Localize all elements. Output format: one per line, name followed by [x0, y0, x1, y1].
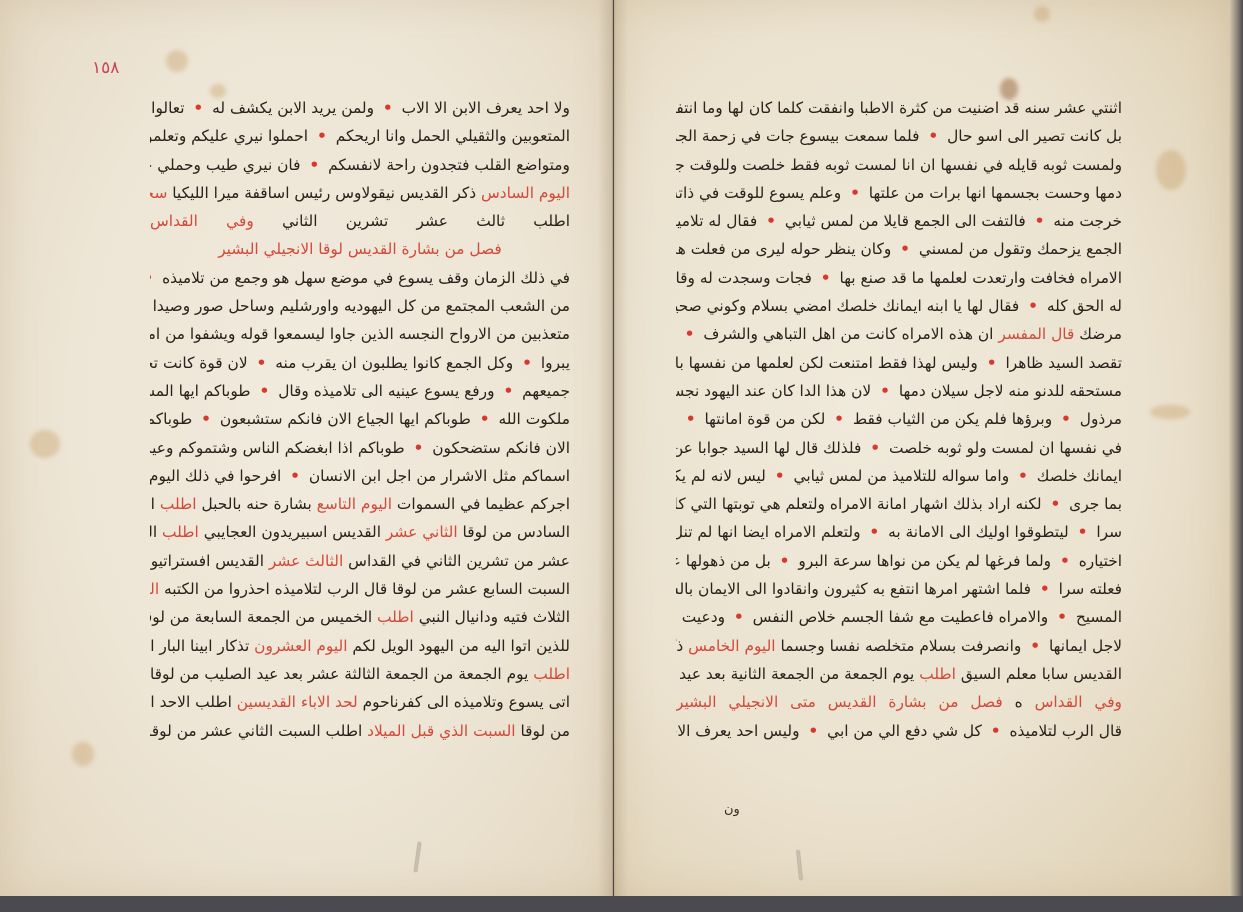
red-punctuation-dot: •: [189, 99, 207, 117]
body-text: وكان ينظر حوله ليرى من فعلت هذا: [676, 240, 896, 258]
body-text: ومتواضع القلب فتجدون راحة لانفسكم: [323, 156, 570, 174]
manuscript-line: اثنتي عشر سنه قد اضنيت من كثرة الاطبا وا…: [676, 94, 1122, 122]
body-text: السادس من لوقا: [458, 523, 570, 541]
body-text: مستحقه للدنو منه لاجل سيلان دمها: [894, 382, 1122, 400]
body-text: اتى يسوع وتلاميذه الى كفرناحوم: [358, 693, 570, 711]
body-text: اطلب السبت الثاني عشر من لوقا: [150, 722, 362, 740]
body-text: افرحوا في ذلك اليوم وتهللوا فان هوذا يكو…: [150, 467, 286, 485]
body-text: فالتفت الى الجمع قايلا من لمس ثيابي: [780, 212, 1031, 230]
manuscript-line: ومتواضع القلب فتجدون راحة لانفسكم • فان …: [150, 151, 570, 179]
body-text: الان فانكم ستضحكون: [427, 439, 570, 457]
body-text: اطلب ثالث عشر تشرين الثاني: [254, 212, 570, 230]
body-text: فقال له تلاميذه تنظر: [676, 212, 762, 230]
body-text: فقال لها يا ابنه ايمانك خلصك امضي بسلام …: [676, 297, 1024, 315]
red-punctuation-dot: •: [1031, 212, 1049, 230]
folio-number: ١٥٨: [92, 58, 119, 78]
red-punctuation-dot: •: [804, 722, 822, 740]
rubric-text: اطلب: [914, 665, 956, 683]
manuscript-line: سرا • ليتطوقوا اوليك الى الامانة به • ول…: [676, 518, 1122, 546]
body-text: فجات وسجدت له وقالت: [676, 269, 817, 287]
manuscript-line: للذين اتوا اليه من اليهود الويل لكم اليو…: [150, 632, 570, 660]
body-text: ودعيت من السيد ابنه: [676, 608, 730, 626]
body-text: لكنه اراد بذلك اشهار امانة الامراه ولتعل…: [676, 495, 1046, 513]
body-text: ه: [1003, 693, 1023, 711]
red-punctuation-dot: •: [730, 608, 748, 626]
body-text: لاجل ايمانها: [1044, 637, 1122, 655]
body-text: فلما سمعت بيسوع جات في زحمة الجمع من خلف…: [676, 127, 924, 145]
rubric-text: فصل من بشارة القديس لوقا الانجيلي البشير: [218, 240, 502, 258]
manuscript-line: في ذلك الزمان وقف يسوع في موضع سهل هو وج…: [150, 264, 570, 292]
body-text: يوم الجمعة من الجمعة الثانية بعد عيد الص…: [676, 665, 914, 683]
body-text: طوباكم اذا ابغضكم الناس وشتموكم وعيروكم …: [150, 439, 409, 457]
body-text: وكل الجمع كانوا يطلبون ان يقرب منه: [270, 354, 518, 372]
red-punctuation-dot: •: [1056, 552, 1074, 570]
red-punctuation-dot: •: [924, 127, 942, 145]
manuscript-line: يبروا • وكل الجمع كانوا يطلبون ان يقرب م…: [150, 349, 570, 377]
red-punctuation-dot: •: [846, 184, 864, 202]
body-text: وانصرفت بسلام متخلصه نفسا وجسما: [776, 637, 1027, 655]
manuscript-line: المسيح • والامراه فاعطيت مع شفا الجسم خل…: [676, 603, 1122, 631]
red-punctuation-dot: •: [409, 439, 427, 457]
body-text: في نفسها ان لمست ولو ثوبه خلصت: [884, 439, 1122, 457]
body-text: ولا احد يعرف الابن الا الاب: [397, 99, 570, 117]
body-text: اطلب الاحد الحادي عشر: [150, 693, 232, 711]
body-text: ولتعلم الامراه ايضا انها لم تنل الشفا بغ…: [676, 523, 865, 541]
red-punctuation-dot: •: [1074, 523, 1092, 541]
rubric-text: الثاني عشر: [381, 523, 458, 541]
manuscript-line: اليوم السادس ذكر القديس نيقولاوس رئيس اس…: [150, 179, 570, 207]
rubric-text: قال المفسر: [993, 325, 1074, 343]
manuscript-line: تقصد السيد ظاهرا • وليس لهذا فقط امتنعت …: [676, 349, 1122, 377]
red-punctuation-dot: •: [682, 410, 700, 428]
red-punctuation-dot: •: [518, 354, 536, 372]
manuscript-line: اختياره • ولما فرغها لم يكن من نواها سرع…: [676, 547, 1122, 575]
red-punctuation-dot: •: [866, 439, 884, 457]
rubric-text: اليوم الخامس: [683, 637, 775, 655]
rubric-text: لحد الاباء القديسين: [232, 693, 358, 711]
manuscript-line: السادس من لوقا الثاني عشر القديس اسبيريد…: [150, 518, 570, 546]
body-text: احملوا نيري عليكم وتعلموا مني فاني وديع: [150, 127, 313, 145]
rubric-text: السابع عشر: [150, 580, 159, 598]
body-text: اسماكم مثل الاشرار من اجل ابن الانسان: [304, 467, 570, 485]
body-text: فلذلك قال لها السيد جوابا عن ضميرها: [676, 439, 866, 457]
red-punctuation-dot: •: [379, 99, 397, 117]
manuscript-line: الان فانكم ستضحكون • طوباكم اذا ابغضكم ا…: [150, 434, 570, 462]
body-text: ولمست ثوبه قايله في نفسها ان انا لمست ثو…: [676, 156, 1122, 174]
red-punctuation-dot: •: [476, 410, 494, 428]
rubric-text: وفي القداس: [1023, 693, 1122, 711]
manuscript-line: خرجت منه • فالتفت الى الجمع قايلا من لمس…: [676, 207, 1122, 235]
manuscript-line: القديس سابا معلم السيق اطلب يوم الجمعة م…: [676, 660, 1122, 688]
manuscript-line: مرذول • وبرؤها فلم يكن من الثياب فقط • ل…: [676, 405, 1122, 433]
manuscript-line: بما جرى • لكنه اراد بذلك اشهار امانة الا…: [676, 490, 1122, 518]
right-page-text: اثنتي عشر سنه قد اضنيت من كثرة الاطبا وا…: [676, 94, 1122, 745]
catchword: ون: [724, 802, 740, 817]
paper-stain: [1156, 150, 1186, 190]
manuscript-line: ولمست ثوبه قايله في نفسها ان انا لمست ثو…: [676, 151, 1122, 179]
body-text: طوباكم ايها المساكين فان لكم: [150, 382, 255, 400]
body-text: مرضك: [1074, 325, 1122, 343]
body-text: تقصد السيد ظاهرا: [1001, 354, 1122, 372]
body-text: ذكر القديس نيقولاوس رئيس اساقفة ميرا الل…: [167, 184, 476, 202]
red-punctuation-dot: •: [681, 325, 699, 343]
paper-stain: [210, 84, 226, 98]
manuscript-line: مستحقه للدنو منه لاجل سيلان دمها • لان ه…: [676, 377, 1122, 405]
paper-stain: [1000, 78, 1018, 100]
red-punctuation-dot: •: [771, 467, 789, 485]
manuscript-line: الثلاث فتيه ودانيال النبي اطلب الخميس من…: [150, 603, 570, 631]
manuscript-line: له الحق كله • فقال لها يا ابنه ايمانك خل…: [676, 292, 1122, 320]
red-punctuation-dot: •: [1024, 297, 1042, 315]
manuscript-line: بل كانت تصير الى اسو حال • فلما سمعت بيس…: [676, 122, 1122, 150]
body-text: وعلم يسوع للوقت في ذاته بالقوة التي: [676, 184, 846, 202]
body-text: اختياره: [1074, 552, 1122, 570]
rubric-text: سحر: [150, 184, 167, 202]
body-text: جميعهم: [517, 382, 570, 400]
manuscript-line: قال الرب لتلاميذه • كل شي دفع الي من ابي…: [676, 717, 1122, 745]
red-punctuation-dot: •: [1014, 467, 1032, 485]
manuscript-line: فصل من بشارة القديس لوقا الانجيلي البشير: [150, 235, 570, 263]
manuscript-line: دمها وحست بجسمها انها برات من علتها • وع…: [676, 179, 1122, 207]
red-punctuation-dot: •: [876, 382, 894, 400]
red-punctuation-dot: •: [255, 382, 273, 400]
rubric-text: وفي القداس: [150, 212, 254, 230]
manuscript-line: ولا احد يعرف الابن الا الاب • ولمن يريد …: [150, 94, 570, 122]
manuscript-line: اطلب ثالث عشر تشرين الثاني وفي القداس: [150, 207, 570, 235]
manuscript-line: لاجل ايمانها • وانصرفت بسلام متخلصه نفسا…: [676, 632, 1122, 660]
rubric-text: فصل من بشارة القديس متى الانجيلي البشير: [676, 693, 1003, 711]
body-text: تذكار ابينا البار اغناتيوس: [150, 637, 249, 655]
body-text: فلما اشتهر امرها انتفع به كثيرون وانقادو…: [676, 580, 1036, 598]
background-strip: [0, 896, 1243, 912]
body-text: القديس سابا معلم السيق: [956, 665, 1122, 683]
manuscript-line: الامراه فخافت وارتعدت لعلمها ما قد صنع ب…: [676, 264, 1122, 292]
body-text: كل شي دفع الي من ابي: [822, 722, 987, 740]
body-text: قال الرب لتلاميذه: [1005, 722, 1122, 740]
manuscript-line: المتعوبين والثقيلي الحمل وانا اريحكم • ا…: [150, 122, 570, 150]
manuscript-line: من لوقا السبت الذي قبل الميلاد اطلب السب…: [150, 717, 570, 745]
body-text: فان نيري طيب وحملي خفيف: [150, 156, 305, 174]
body-text: وبرؤها فلم يكن من الثياب فقط: [848, 410, 1057, 428]
body-text: سرا: [1091, 523, 1122, 541]
manuscript-line: ايمانك خلصك • واما سواله للتلاميذ من لمس…: [676, 462, 1122, 490]
manuscript-spread: ١٥٨ ولا احد يعرف الابن الا الاب • ولمن ي…: [0, 0, 1243, 912]
red-punctuation-dot: •: [1036, 580, 1054, 598]
paper-stain: [166, 50, 188, 72]
manuscript-line: مرضك قال المفسر ان هذه الامراه كانت من ا…: [676, 320, 1122, 348]
red-punctuation-dot: •: [305, 156, 323, 174]
manuscript-line: اتى يسوع وتلاميذه الى كفرناحوم لحد الابا…: [150, 688, 570, 716]
rubric-text: اليوم العشرون: [249, 637, 347, 655]
body-text: للذين اتوا اليه من اليهود الويل لكم: [347, 637, 570, 655]
paper-stain: [30, 430, 60, 458]
red-punctuation-dot: •: [1053, 608, 1071, 626]
body-text: لكن من قوة امانتها: [700, 410, 831, 428]
body-text: ولما فرغها لم يكن من نواها سرعة البرو: [794, 552, 1056, 570]
manuscript-line: في نفسها ان لمست ولو ثوبه خلصت • فلذلك ق…: [676, 434, 1122, 462]
body-text: طوباكم ايها الجياع الان فانكم ستشبعون: [215, 410, 476, 428]
right-page: اثنتي عشر سنه قد اضنيت من كثرة الاطبا وا…: [614, 0, 1229, 900]
red-punctuation-dot: •: [830, 410, 848, 428]
manuscript-line: فعلته سرا • فلما اشتهر امرها انتفع به كث…: [676, 575, 1122, 603]
body-text: ان هذه الامراه كانت من اهل التباهي والشر…: [698, 325, 993, 343]
body-text: القديس افستراتيوس ورفقته: [150, 552, 264, 570]
left-page-text: ولا احد يعرف الابن الا الاب • ولمن يريد …: [150, 94, 570, 745]
body-text: متعذبين من الارواح النجسه الذين جاوا ليس…: [150, 325, 570, 343]
body-text: ليس لانه لم يكن عارفا: [676, 467, 771, 485]
body-text: بشارة حنه بالحبل: [197, 495, 312, 513]
body-text: من لوقا: [516, 722, 570, 740]
red-punctuation-dot: •: [865, 523, 883, 541]
body-text: المتعوبين والثقيلي الحمل وانا اريحكم: [331, 127, 570, 145]
red-punctuation-dot: •: [1046, 495, 1064, 513]
red-punctuation-dot: •: [817, 269, 835, 287]
body-text: لانها قالت: [676, 410, 682, 428]
body-text: مرذول: [1075, 410, 1122, 428]
body-text: الخميس من الجمعة السابعة من لوقا: [150, 608, 372, 626]
red-punctuation-dot: •: [776, 552, 794, 570]
manuscript-line: عشر من تشرين الثاني في القداس الثالث عشر…: [150, 547, 570, 575]
body-text: في ذلك الزمان وقف يسوع في موضع سهل هو وج…: [157, 269, 570, 287]
manuscript-line: اجركم عظيما في السموات اليوم التاسع بشار…: [150, 490, 570, 518]
red-punctuation-dot: •: [983, 354, 1001, 372]
body-text: ولمن يريد الابن يكشف له: [207, 99, 379, 117]
rubric-text: الثالث عشر: [264, 552, 343, 570]
paper-stain: [1150, 405, 1190, 419]
manuscript-line: وفي القداس ه فصل من بشارة القديس متى الا…: [676, 688, 1122, 716]
body-text: يوم الجمعة من الجمعة الثالثة عشر بعد عيد…: [150, 665, 528, 683]
body-text: بل من ذهولها عند انكشاف ما: [676, 552, 776, 570]
paper-stain: [72, 742, 94, 766]
body-text: له الحق كله: [1042, 297, 1122, 315]
manuscript-line: اسماكم مثل الاشرار من اجل ابن الانسان • …: [150, 462, 570, 490]
red-punctuation-dot: •: [499, 382, 517, 400]
page-edge: [1229, 0, 1243, 912]
body-text: لان هذا الدا كان عند اليهود نجس: [676, 382, 876, 400]
paper-stain: [1034, 6, 1050, 22]
body-text: وليس احد يعرف الاب الا الابن: [676, 722, 804, 740]
manuscript-line: متعذبين من الارواح النجسه الذين جاوا ليس…: [150, 320, 570, 348]
body-text: وليس لهذا فقط امتنعت لكن لعلمها من نفسها…: [676, 354, 983, 372]
manuscript-line: اطلب يوم الجمعة من الجمعة الثالثة عشر بع…: [150, 660, 570, 688]
red-punctuation-dot: •: [253, 354, 271, 372]
body-text: ورفع يسوع عينيه الى تلاميذه وقال: [273, 382, 499, 400]
red-punctuation-dot: •: [896, 240, 914, 258]
body-text: المسيح: [1071, 608, 1122, 626]
body-text: ايمانك خلصك: [1032, 467, 1122, 485]
red-punctuation-dot: •: [987, 722, 1005, 740]
body-text: والامراه فاعطيت مع شفا الجسم خلاص النفس: [748, 608, 1053, 626]
body-text: اجركم عظيما في السموات: [392, 495, 570, 513]
manuscript-line: الجمع يزحمك وتقول من لمسني • وكان ينظر ح…: [676, 235, 1122, 263]
red-punctuation-dot: •: [286, 467, 304, 485]
body-text: الجمع يزحمك وتقول من لمسني: [914, 240, 1122, 258]
body-text: بل كانت تصير الى اسو حال: [942, 127, 1122, 145]
body-text: يبروا: [536, 354, 570, 372]
body-text: اثنتي عشر سنه قد اضنيت من كثرة الاطبا وا…: [676, 99, 1122, 117]
body-text: فعلته سرا: [1054, 580, 1122, 598]
body-text: لان قوة كانت تخرج منه وتبري: [150, 354, 253, 372]
red-punctuation-dot: •: [1057, 410, 1075, 428]
body-text: ليتطوقوا اوليك الى الامانة به: [883, 523, 1073, 541]
manuscript-line: ملكوت الله • طوباكم ايها الجياع الان فان…: [150, 405, 570, 433]
red-punctuation-dot: •: [762, 212, 780, 230]
body-text: دمها وحست بجسمها انها برات من علتها: [864, 184, 1122, 202]
body-text: الامراه فخافت وارتعدت لعلمها ما قد صنع ب…: [835, 269, 1122, 287]
body-text: السبت السابع عشر من لوقا قال الرب لتلامي…: [159, 580, 570, 598]
manuscript-line: جميعهم • ورفع يسوع عينيه الى تلاميذه وقا…: [150, 377, 570, 405]
red-punctuation-dot: •: [313, 127, 331, 145]
rubric-text: اليوم التاسع: [312, 495, 392, 513]
body-text: بما جرى: [1064, 495, 1122, 513]
rubric-text: اليوم السادس: [476, 184, 570, 202]
body-text: من الشعب المجتمع من كل اليهوديه واورشليم…: [150, 297, 570, 315]
red-punctuation-dot: •: [1026, 637, 1044, 655]
body-text: واما سواله للتلاميذ من لمس ثيابي: [789, 467, 1014, 485]
body-text: الثلاث فتيه ودانيال النبي: [414, 608, 570, 626]
body-text: خرجت منه: [1048, 212, 1122, 230]
manuscript-line: من الشعب المجتمع من كل اليهوديه واورشليم…: [150, 292, 570, 320]
body-text: فلهذا لم: [676, 325, 681, 343]
body-text: تعالوا الي يا جميع: [150, 99, 189, 117]
body-text: عشر من تشرين الثاني في القداس: [343, 552, 570, 570]
manuscript-line: السبت السابع عشر من لوقا قال الرب لتلامي…: [150, 575, 570, 603]
rubric-text: السبت الذي قبل الميلاد: [362, 722, 515, 740]
body-text: القديس اسبيريدون العجايبي: [199, 523, 381, 541]
rubric-text: اطلب: [155, 495, 197, 513]
body-text: ملكوت الله: [494, 410, 570, 428]
gutter-fold: [598, 0, 628, 900]
rubric-text: اطلب: [157, 523, 199, 541]
body-text: طوباكم ايها الباكيون: [150, 410, 197, 428]
rubric-text: اطلب: [528, 665, 570, 683]
red-punctuation-dot: •: [197, 410, 215, 428]
rubric-text: اطلب: [372, 608, 414, 626]
left-page: ١٥٨ ولا احد يعرف الابن الا الاب • ولمن ي…: [0, 0, 613, 900]
